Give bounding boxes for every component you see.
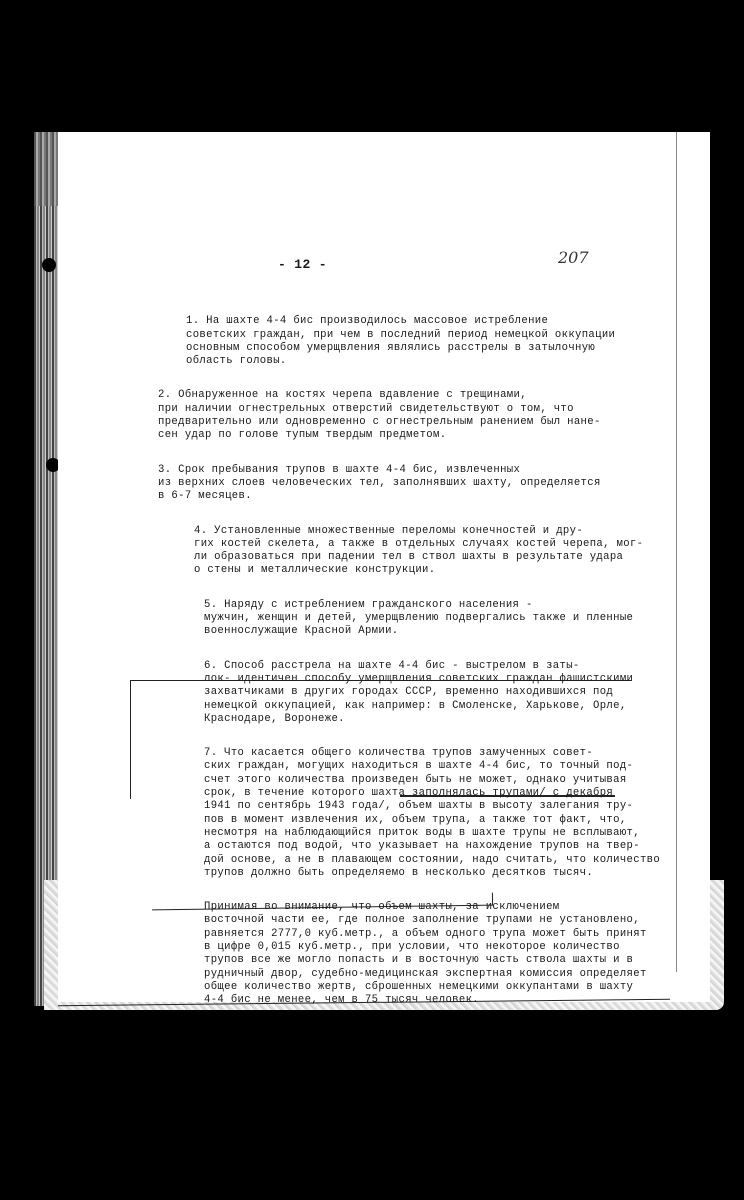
- text-line: сен удар по голове тупым твердым предмет…: [104, 429, 664, 442]
- text-line: при наличии огнестрельных отверстий свид…: [104, 403, 664, 416]
- text-line: Принимая во внимание, что объем шахты, з…: [104, 901, 664, 914]
- text-line: захватчиками в других городах СССР, врем…: [104, 686, 664, 699]
- text-line: равняется 2777,0 куб.метр., а объем одно…: [104, 928, 664, 941]
- paragraph-4: 4. Установленные множественные переломы …: [104, 525, 664, 578]
- text-line: область головы.: [104, 355, 664, 368]
- text-line: 5. Наряду с истреблением гражданского на…: [104, 599, 664, 612]
- text-line: основным способом умерщвления являлись р…: [104, 342, 664, 355]
- paragraph-2: 2. Обнаруженное на костях черепа вдавлен…: [104, 389, 664, 442]
- text-line: из верхних слоев человеческих тел, запол…: [104, 477, 664, 490]
- text-line: военнослужащие Красной Армии.: [104, 625, 664, 638]
- text-line: 7. Что касается общего количества трупов…: [104, 747, 664, 760]
- text-line: о стены и металлические конструкции.: [104, 564, 664, 577]
- text-line: предварительно или одновременно с огнест…: [104, 416, 664, 429]
- paragraph-7: 7. Что касается общего количества трупов…: [104, 747, 664, 880]
- text-line: общее количество жертв, сброшенных немец…: [104, 981, 664, 994]
- text-line: пов в момент извлечения их, объем трупа,…: [104, 814, 664, 827]
- text-line: 4. Установленные множественные переломы …: [104, 525, 664, 538]
- text-line: ли образоваться при падении тел в ствол …: [104, 551, 664, 564]
- paragraph-6: 6. Способ расстрела на шахте 4-4 бис - в…: [104, 660, 664, 726]
- paragraph-5: 5. Наряду с истреблением гражданского на…: [104, 599, 664, 639]
- text-line: срок, в течение которого шахта заполняла…: [104, 787, 664, 800]
- paragraph-1: 1. На шахте 4-4 бис производилось массов…: [104, 315, 664, 368]
- text-line: 4-4 бис не менее, чем в 75 тысяч человек…: [104, 994, 664, 1007]
- text-line: 3. Срок пребывания трупов в шахте 4-4 би…: [104, 464, 664, 477]
- text-line: а остаются под водой, что указывает на н…: [104, 840, 664, 853]
- page-fold-line: [676, 132, 677, 972]
- text-line: ских граждан, могущих находиться в шахте…: [104, 760, 664, 773]
- text-line: советских граждан, при чем в последний п…: [104, 329, 664, 342]
- text-line: немецкой оккупацией, как например: в Смо…: [104, 700, 664, 713]
- text-line: трупов должно быть определяемо в несколь…: [104, 867, 664, 880]
- text-line: Краснодаре, Воронеже.: [104, 713, 664, 726]
- paragraph-8: Принимая во внимание, что объем шахты, з…: [104, 901, 664, 1007]
- text-line: несмотря на наблюдающийся приток воды в …: [104, 827, 664, 840]
- text-line: мужчин, женщин и детей, умерщвлению подв…: [104, 612, 664, 625]
- text-line: 1. На шахте 4-4 бис производилось массов…: [104, 315, 664, 328]
- text-line: 6. Способ расстрела на шахте 4-4 бис - в…: [104, 660, 664, 673]
- text-line: дой основе, а не в плавающем состоянии, …: [104, 854, 664, 867]
- text-line: в 6-7 месяцев.: [104, 490, 664, 503]
- text-line: 1941 по сентябрь 1943 года/, объем шахты…: [104, 800, 664, 813]
- text-line: трупов все же могло попасть и в восточну…: [104, 954, 664, 967]
- punch-hole: [42, 258, 56, 272]
- text-line: лок- идентичен способу умерщвления совет…: [104, 673, 664, 686]
- text-line: восточной части ее, где полное заполнени…: [104, 914, 664, 927]
- document-body: - 12 - 1. На шахте 4-4 бис производилось…: [104, 258, 664, 1028]
- text-line: в цифре 0,015 куб.метр., при условии, чт…: [104, 941, 664, 954]
- page-number: - 12 -: [104, 258, 664, 271]
- paragraph-3: 3. Срок пребывания трупов в шахте 4-4 би…: [104, 464, 664, 504]
- text-line: рудничный двор, судебно-медицинская эксп…: [104, 968, 664, 981]
- text-line: гих костей скелета, а также в отдельных …: [104, 538, 664, 551]
- text-line: счет этого количества произведен быть не…: [104, 774, 664, 787]
- text-line: 2. Обнаруженное на костях черепа вдавлен…: [104, 389, 664, 402]
